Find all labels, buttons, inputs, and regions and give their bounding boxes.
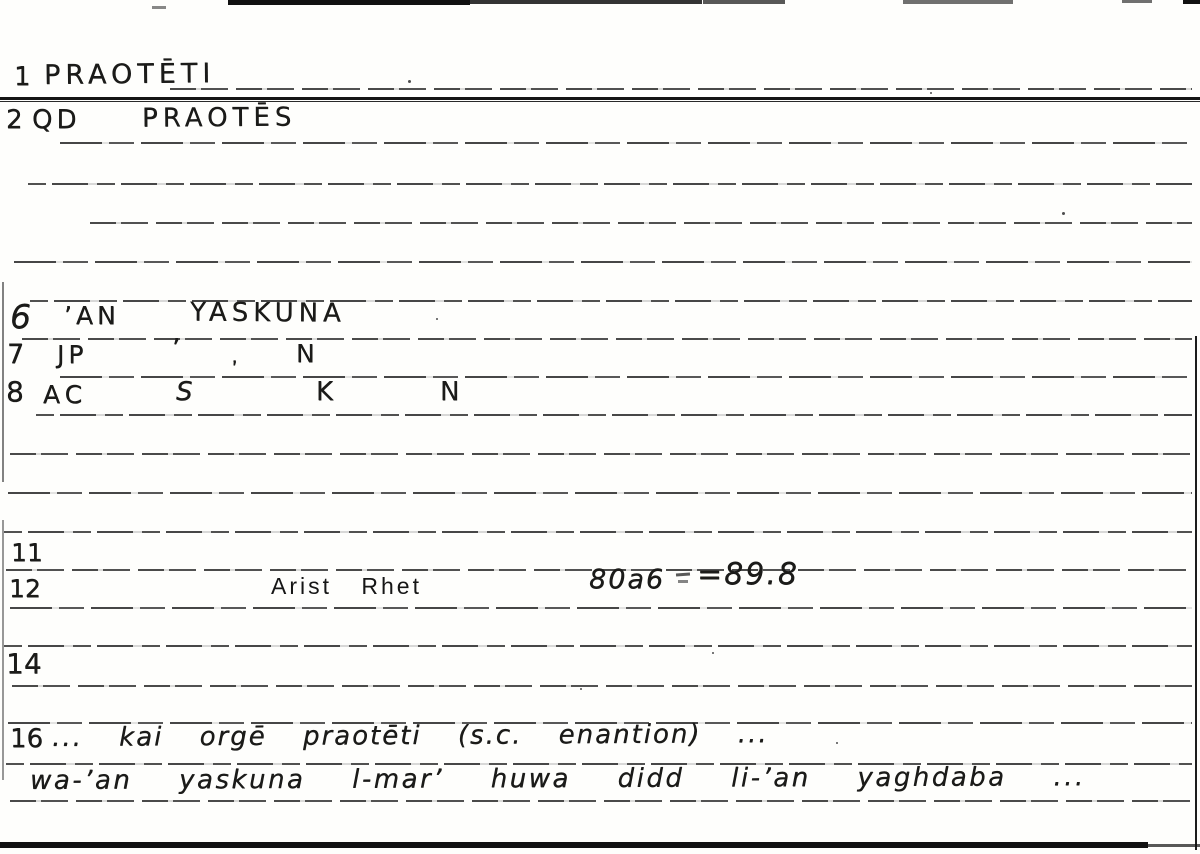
ruled-line — [22, 338, 1192, 340]
line7-comma-mark: , — [228, 346, 238, 367]
citation-locus-80a6: 80a6 — [589, 566, 665, 593]
citation-arist-rhet: Arist Rhet — [271, 575, 422, 598]
scan-edge-bar — [1183, 0, 1200, 4]
scanned-index-card: 1 PRAOTĒTI 2 QD PRAOTĒS 6 ’AN YASKUNA 7 … — [0, 0, 1200, 854]
ruled-line — [10, 800, 1192, 802]
ruled-line — [90, 222, 1192, 224]
line1-number: 1 — [14, 64, 31, 90]
line11-number: 11 — [11, 540, 43, 565]
artifact-dot — [436, 318, 438, 320]
citation-equals-898: =89.8 — [697, 560, 799, 590]
line8-s: S — [176, 379, 193, 405]
ruled-line — [14, 261, 1192, 263]
line14-number: 14 — [6, 650, 42, 678]
scan-edge-bar — [903, 0, 1013, 4]
scan-edge-bar — [703, 0, 785, 4]
line7-jp: JP — [57, 342, 87, 367]
ruled-line — [10, 607, 1192, 609]
ruled-line — [36, 414, 1192, 416]
ruled-line — [170, 88, 1192, 90]
headword-praotes: PRAOTĒS — [142, 104, 296, 131]
card-left-border — [2, 520, 4, 780]
line7-n: N — [296, 341, 315, 366]
smudge-mark — [676, 573, 690, 577]
artifact-dot — [1062, 212, 1065, 215]
line7-apostrophe: ’ — [172, 336, 180, 362]
line12-number: 12 — [9, 576, 41, 601]
ruled-line — [4, 645, 1192, 647]
line8-number: 8 — [6, 378, 24, 406]
line8-ac: AC — [43, 382, 87, 407]
scan-edge-bar — [152, 6, 166, 9]
line6-yaskuna: YASKUNA — [190, 299, 346, 326]
line8-k: K — [316, 379, 333, 405]
artifact-dot — [580, 688, 582, 690]
artifact-dot — [408, 80, 411, 83]
scan-bottom-bar — [1148, 844, 1200, 847]
scan-edge-bar — [228, 0, 470, 5]
ruled-line — [60, 142, 1192, 144]
line6-arabic-an: ’AN — [64, 303, 120, 328]
scan-edge-bar — [1122, 0, 1152, 3]
ruled-line — [12, 685, 1192, 687]
heavy-rule — [0, 97, 1200, 102]
greek-quotation: ... kai orgē praotēti (s.c. enantion) ..… — [52, 721, 769, 751]
line16-number: 16 — [10, 726, 43, 752]
scan-edge-bar — [470, 0, 702, 4]
ruled-line — [8, 492, 1192, 494]
artifact-dot — [930, 92, 932, 94]
line8-n: N — [440, 379, 459, 405]
line6-number: 6 — [10, 300, 31, 333]
scan-bottom-bar — [0, 842, 1148, 848]
line2-number: 2 — [6, 107, 23, 133]
ruled-line — [28, 183, 1192, 185]
headword-praoteti: PRAOTĒTI — [44, 60, 215, 89]
ruled-line — [4, 531, 1192, 533]
artifact-dot — [836, 742, 838, 744]
abbrev-qd: QD — [32, 107, 81, 133]
ruled-line — [60, 376, 1192, 378]
artifact-dot — [712, 652, 714, 654]
arabic-translation: wa-’an yaskuna l-mar’ huwa didd li-’an y… — [30, 764, 1086, 794]
line7-number: 7 — [7, 341, 24, 368]
smudge-mark — [678, 580, 688, 583]
card-right-border — [1195, 336, 1197, 850]
ruled-line — [10, 453, 1192, 455]
card-left-border — [2, 282, 4, 482]
